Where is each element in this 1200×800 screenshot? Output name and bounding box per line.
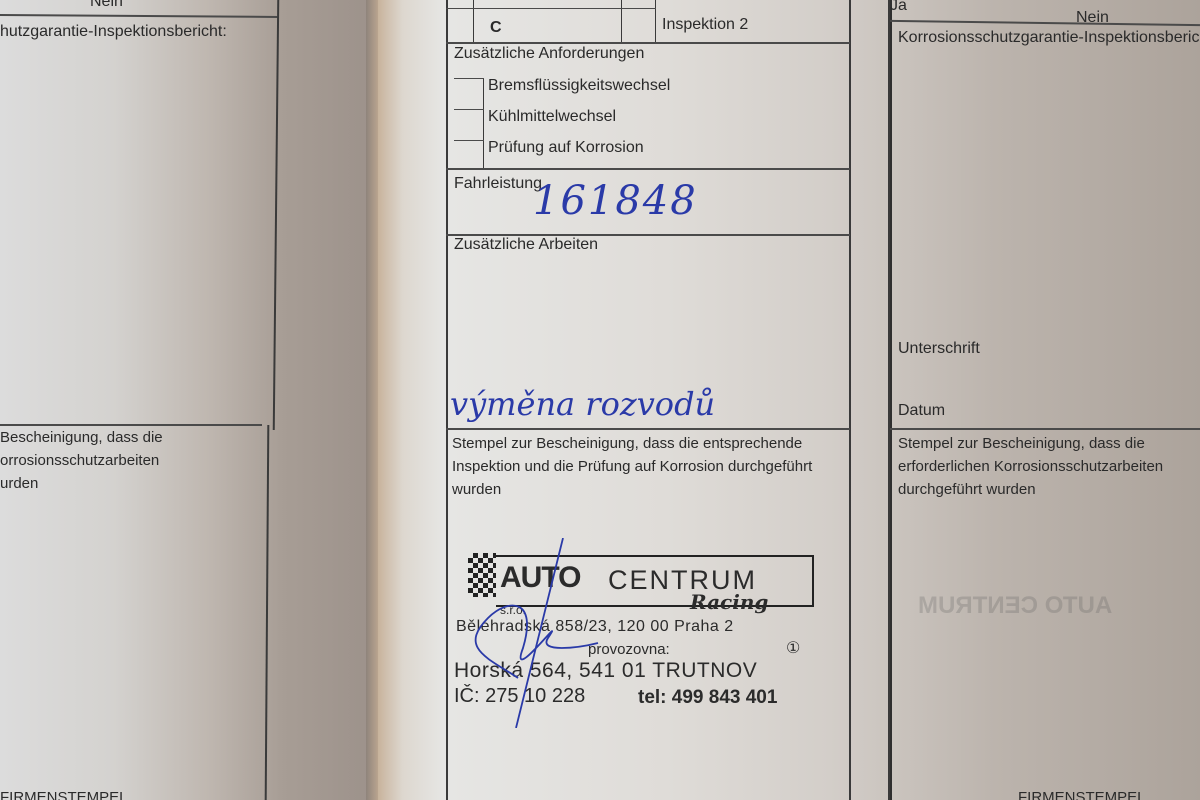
company-stamp: AUTO CENTRUM Racing s.r.o. Bělehradská 8… (468, 553, 818, 723)
divider (446, 428, 850, 430)
mileage-handwritten-value: 161848 (533, 178, 698, 224)
grid-line (473, 0, 474, 42)
firmenstempel-label: FIRMENSTEMPEL (1018, 788, 1146, 800)
firmenstempel-label: FIRMENSTEMPEL (0, 788, 128, 800)
additional-requirements-title: Zusätzliche Anforderungen (454, 44, 644, 64)
grid-line (454, 140, 484, 141)
stamp-caption-line: orrosionsschutzarbeiten (0, 449, 159, 472)
divider (446, 168, 850, 170)
inspection-label-2: Inspektion 2 (662, 15, 748, 35)
page-edge (366, 0, 378, 800)
date-label: Datum (898, 401, 945, 421)
stamp-caption-line: Bescheinigung, dass die (0, 426, 163, 449)
grid-line (446, 8, 656, 9)
ghost-stamp-imprint: AUTO CENTRUM (918, 592, 1112, 620)
checkbox-label: Kühlmittelwechsel (488, 107, 616, 127)
stamp-caption: Stempel zur Bescheinigung, dass die erfo… (898, 432, 1183, 501)
company-phone: tel: 499 843 401 (638, 687, 777, 709)
no-label: Nein (1076, 8, 1109, 28)
column-border (265, 425, 270, 800)
report-title: Korrosionsschutzgarantie-Inspektionsberi… (898, 28, 1200, 48)
report-title: hutzgarantie-Inspektionsbericht: (0, 22, 227, 42)
grid-line (655, 0, 656, 42)
grid-line (621, 0, 622, 42)
column-border (849, 0, 851, 800)
divider (0, 14, 278, 17)
checkbox-label: Bremsflüssigkeitswechsel (488, 76, 670, 96)
stamp-caption-line: urden (0, 472, 38, 495)
divider (890, 428, 1200, 430)
signature-label: Unterschrift (898, 339, 980, 359)
column-border (890, 0, 892, 800)
grid-line (454, 78, 484, 79)
no-label: Nein (90, 0, 123, 12)
inspection-code-c: C (490, 18, 502, 38)
mileage-label: Fahrleistung (454, 174, 542, 194)
signature-scribble (448, 538, 608, 728)
divider (890, 20, 1200, 26)
checkbox-label: Prüfung auf Korrosion (488, 138, 644, 158)
yes-label: Ja (890, 0, 907, 16)
grid-line (483, 78, 484, 170)
grid-line (454, 109, 484, 110)
additional-work-label: Zusätzliche Arbeiten (454, 235, 598, 255)
column-border (273, 0, 280, 430)
branch-number: ① (786, 638, 800, 658)
stamp-caption: Stempel zur Bescheinigung, dass die ents… (452, 432, 837, 501)
right-page: C Inspektion 2 Zusätzliche Anforderungen… (378, 0, 1200, 800)
brand-racing: Racing (690, 590, 768, 614)
additional-work-handwritten-note: výměna rozvodů (450, 385, 715, 423)
left-page: Nein hutzgarantie-Inspektionsbericht: Be… (0, 0, 378, 800)
